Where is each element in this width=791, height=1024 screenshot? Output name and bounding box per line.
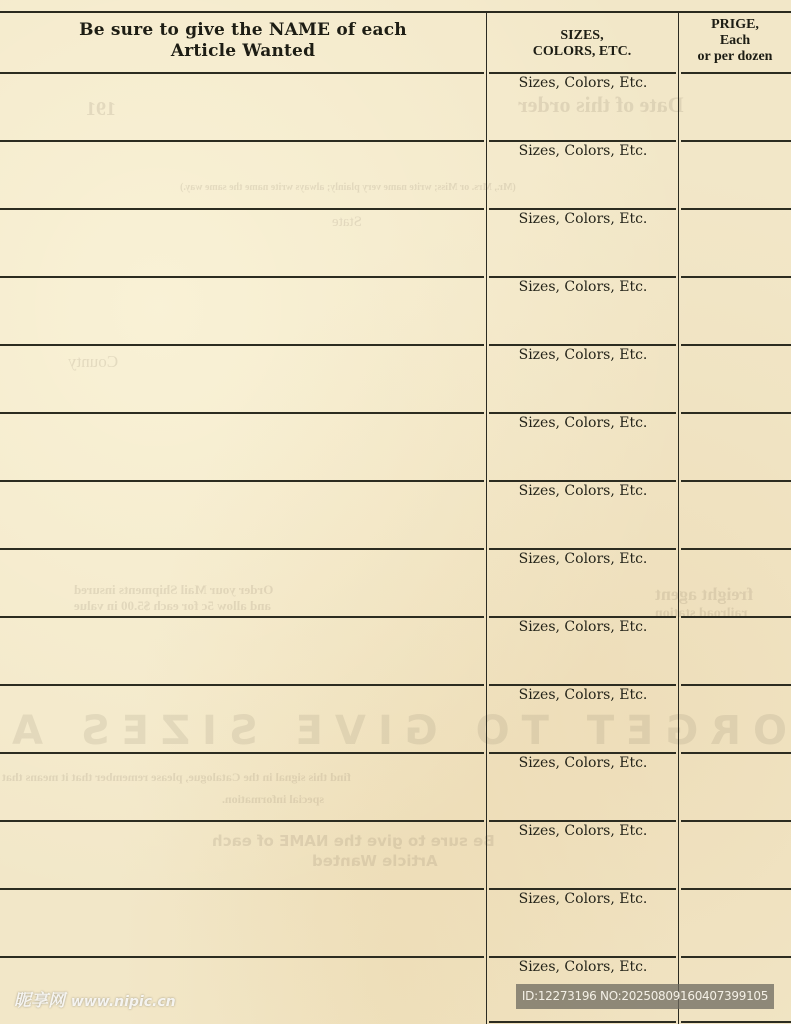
article-name-field[interactable] — [0, 210, 486, 274]
row-rule — [489, 548, 676, 550]
bottom-rule — [681, 1021, 791, 1023]
price-header-line-3: or per dozen — [679, 49, 791, 65]
row-rule — [489, 888, 676, 890]
price-column-header: PRIGE, Each or per dozen — [679, 17, 791, 65]
price-field[interactable] — [680, 754, 791, 818]
price-field[interactable] — [680, 414, 791, 478]
price-header-line-2: Each — [679, 33, 791, 49]
price-field[interactable] — [680, 142, 791, 206]
row-rule — [489, 276, 676, 278]
sizes-colors-field[interactable]: Sizes, Colors, Etc. — [490, 891, 676, 907]
sizes-header-line-1: SIZES, — [486, 28, 678, 44]
article-name-field[interactable] — [0, 278, 486, 342]
article-name-field[interactable] — [0, 618, 486, 682]
article-name-field[interactable] — [0, 346, 486, 410]
sizes-colors-field[interactable]: Sizes, Colors, Etc. — [490, 415, 676, 431]
row-rule — [489, 956, 676, 958]
sizes-colors-field[interactable]: Sizes, Colors, Etc. — [490, 823, 676, 839]
column-divider-name-sizes — [486, 12, 487, 1024]
sizes-column-header: SIZES, COLORS, ETC. — [486, 28, 678, 60]
price-field[interactable] — [680, 550, 791, 614]
price-field[interactable] — [680, 74, 791, 138]
row-rule — [489, 140, 676, 142]
bleed-through-date-label: Date of this order — [518, 92, 684, 118]
row-rule — [489, 752, 676, 754]
price-field[interactable] — [680, 278, 791, 342]
row-rule — [489, 72, 676, 74]
column-divider-sizes-price — [678, 12, 679, 1024]
sizes-colors-field[interactable]: Sizes, Colors, Etc. — [490, 551, 676, 567]
form-top-rule — [0, 11, 791, 13]
watermark-site: 昵享网 www.nipic.cn — [14, 986, 176, 1011]
article-name-field[interactable] — [0, 550, 486, 614]
watermark-site-name: 昵享网 — [14, 991, 65, 1011]
name-column-header: Be sure to give the NAME of each Article… — [0, 20, 486, 62]
sizes-colors-field[interactable]: Sizes, Colors, Etc. — [490, 959, 676, 975]
article-name-field[interactable] — [0, 686, 486, 750]
price-field[interactable] — [680, 618, 791, 682]
row-rule — [489, 820, 676, 822]
row-rule — [489, 480, 676, 482]
article-name-field[interactable] — [0, 74, 486, 138]
row-rule — [489, 208, 676, 210]
sizes-colors-field[interactable]: Sizes, Colors, Etc. — [490, 279, 676, 295]
price-field[interactable] — [680, 210, 791, 274]
watermark-site-url: www.nipic.cn — [71, 994, 176, 1010]
sizes-colors-field[interactable]: Sizes, Colors, Etc. — [490, 75, 676, 91]
watermark-id-badge: ID:12273196 NO:20250809160407399105 — [516, 984, 774, 1009]
bottom-rule — [489, 1021, 676, 1023]
sizes-colors-field[interactable]: Sizes, Colors, Etc. — [490, 143, 676, 159]
sizes-colors-field[interactable]: Sizes, Colors, Etc. — [490, 619, 676, 635]
sizes-colors-field[interactable]: Sizes, Colors, Etc. — [490, 347, 676, 363]
row-rule — [489, 412, 676, 414]
article-name-field[interactable] — [0, 414, 486, 478]
row-rule — [489, 616, 676, 618]
name-header-line-1: Be sure to give the NAME of each — [0, 20, 486, 41]
price-header-line-1: PRIGE, — [679, 17, 791, 33]
price-field[interactable] — [680, 346, 791, 410]
price-field[interactable] — [680, 822, 791, 886]
price-field[interactable] — [680, 482, 791, 546]
sizes-colors-field[interactable]: Sizes, Colors, Etc. — [490, 483, 676, 499]
price-field[interactable] — [680, 686, 791, 750]
row-rule — [489, 684, 676, 686]
row-rule — [489, 344, 676, 346]
article-name-field[interactable] — [0, 142, 486, 206]
article-name-field[interactable] — [0, 822, 486, 886]
sizes-colors-field[interactable]: Sizes, Colors, Etc. — [490, 755, 676, 771]
sizes-colors-field[interactable]: Sizes, Colors, Etc. — [490, 211, 676, 227]
name-header-line-2: Article Wanted — [0, 41, 486, 62]
sizes-colors-field[interactable]: Sizes, Colors, Etc. — [490, 687, 676, 703]
article-name-field[interactable] — [0, 482, 486, 546]
sizes-header-line-2: COLORS, ETC. — [486, 44, 678, 60]
article-name-field[interactable] — [0, 754, 486, 818]
article-name-field[interactable] — [0, 890, 486, 954]
price-field[interactable] — [680, 890, 791, 954]
